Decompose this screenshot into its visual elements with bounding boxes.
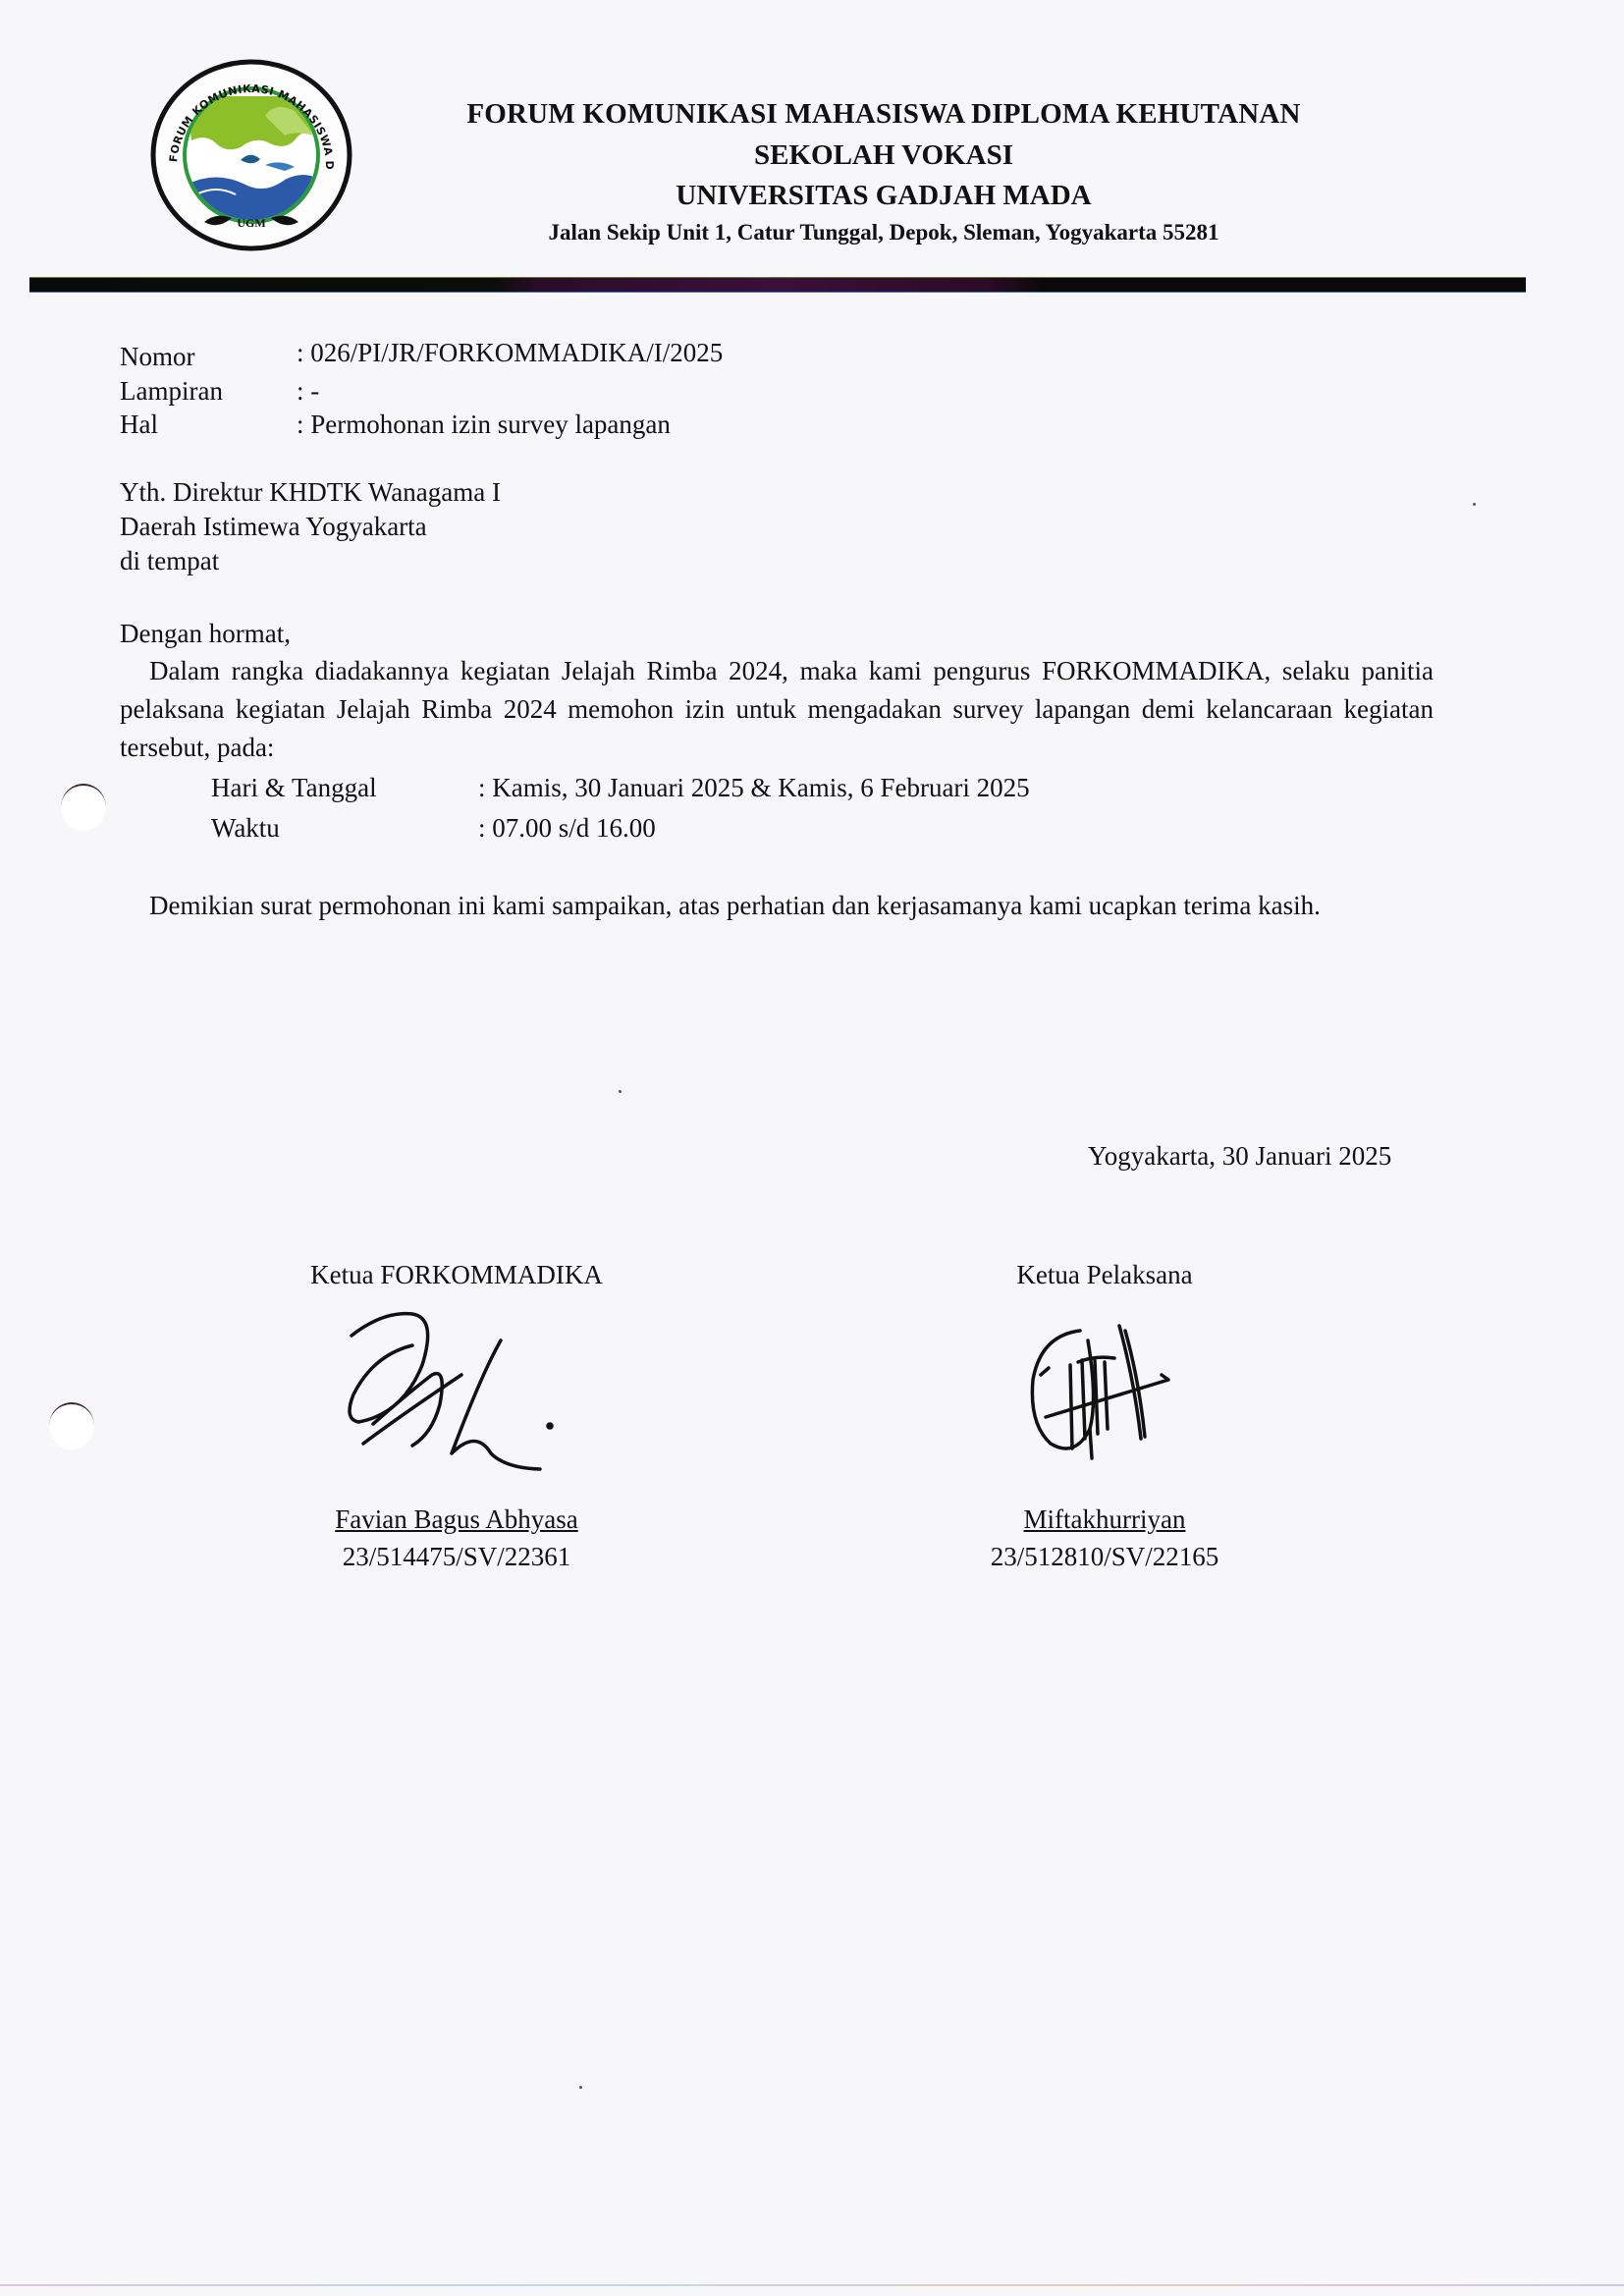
page-edge <box>0 2284 1624 2286</box>
forkommadika-logo: FORUM KOMUNIKASI MAHASISWA DIPLOMA KEHUT… <box>147 57 355 253</box>
paragraph-closing: Demikian surat permohonan ini kami sampa… <box>120 887 1434 925</box>
scan-speck <box>619 1090 622 1093</box>
place-date: Yogyakarta, 30 Januari 2025 <box>1088 1139 1391 1173</box>
signature-2-icon <box>1021 1321 1188 1488</box>
detail-value-date: : Kamis, 30 Januari 2025 & Kamis, 6 Febr… <box>478 771 1030 804</box>
recipient-line1: Yth. Direktur KHDTK Wanagama I <box>120 475 501 509</box>
signatory-2-name: Miftakhurriyan <box>908 1504 1301 1535</box>
university-name: UNIVERSITAS GADJAH MADA <box>432 180 1335 212</box>
meta-label-lampiran: Lampiran <box>120 374 223 408</box>
detail-value-time: : 07.00 s/d 16.00 <box>478 811 656 845</box>
meta-value-hal: : Permohonan izin survey lapangan <box>297 408 671 441</box>
letterhead-divider <box>29 277 1526 293</box>
meta-value-nomor: : 026/PI/JR/FORKOMMADIKA/I/2025 <box>297 336 723 369</box>
detail-label-time: Waktu <box>211 811 280 845</box>
meta-label-hal: Hal <box>120 408 158 441</box>
punch-hole-icon <box>61 784 106 831</box>
school-name: SEKOLAH VOKASI <box>432 139 1335 172</box>
greeting: Dengan hormat, <box>120 617 291 650</box>
recipient-line2: Daerah Istimewa Yogyakarta <box>120 510 427 543</box>
signatory-1-id: 23/514475/SV/22361 <box>250 1542 663 1572</box>
meta-value-lampiran: : - <box>297 374 319 408</box>
paragraph-intro: Dalam rangka diadakannya kegiatan Jelaja… <box>120 652 1434 767</box>
signatory-2-title: Ketua Pelaksana <box>908 1260 1301 1290</box>
signature-1-icon <box>334 1306 560 1493</box>
svg-text:UGM: UGM <box>237 216 265 230</box>
signatory-1-title: Ketua FORKOMMADIKA <box>250 1260 663 1290</box>
logo-emblem-icon: FORUM KOMUNIKASI MAHASISWA DIPLOMA KEHUT… <box>147 57 355 253</box>
paragraph-closing-text: Demikian surat permohonan ini kami sampa… <box>149 891 1321 920</box>
punch-hole-icon <box>49 1402 94 1449</box>
paragraph-intro-text: Dalam rangka diadakannya kegiatan Jelaja… <box>120 656 1434 762</box>
org-address: Jalan Sekip Unit 1, Catur Tunggal, Depok… <box>432 220 1335 246</box>
signatory-1-name: Favian Bagus Abhyasa <box>250 1504 663 1535</box>
org-name: FORUM KOMUNIKASI MAHASISWA DIPLOMA KEHUT… <box>432 98 1335 131</box>
scan-speck <box>1473 503 1476 506</box>
recipient-line3: di tempat <box>120 544 219 577</box>
scan-speck <box>579 2086 582 2089</box>
detail-label-date: Hari & Tanggal <box>211 771 377 804</box>
meta-label-nomor: Nomor <box>120 340 195 373</box>
signatory-2-id: 23/512810/SV/22165 <box>908 1542 1301 1572</box>
